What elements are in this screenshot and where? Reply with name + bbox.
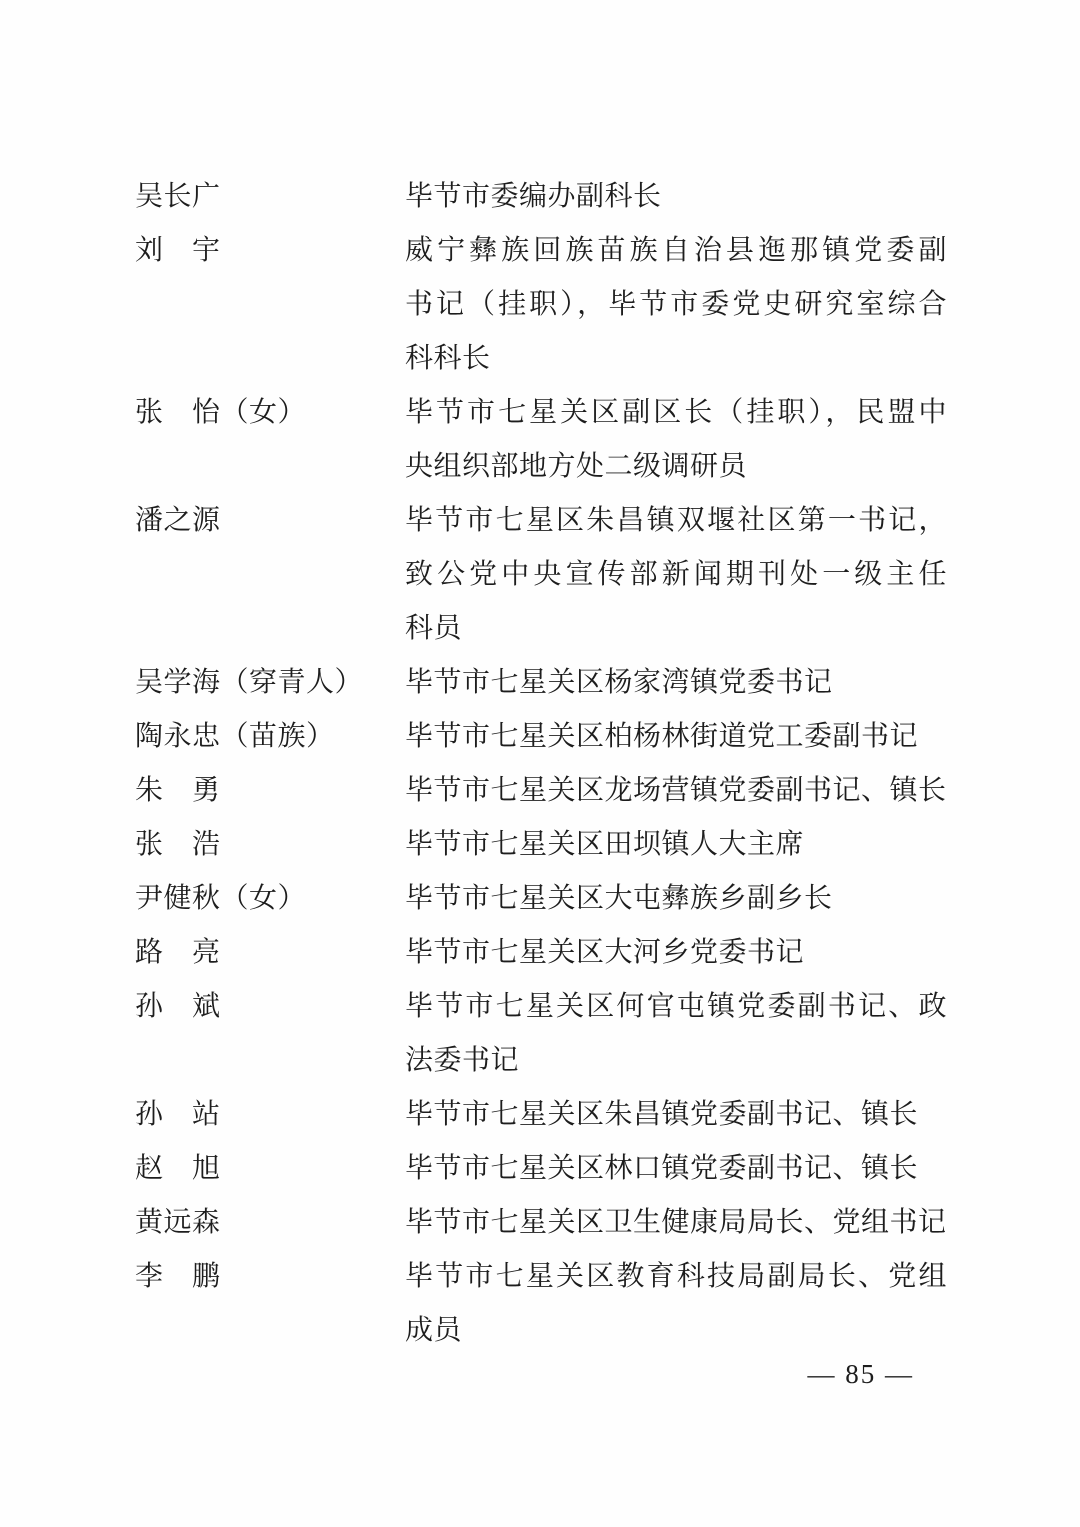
- position-line: 毕节市七星关区杨家湾镇党委书记: [405, 656, 947, 710]
- position-description: 毕节市七星关区龙场营镇党委副书记、镇长: [405, 764, 947, 818]
- person-name: 张 怡（女）: [135, 386, 405, 494]
- position-line: 书记（挂职），毕节市委党史研究室综合: [405, 278, 947, 332]
- list-entry: 潘之源 毕节市七星区朱昌镇双堰社区第一书记，致公党中央宣传部新闻期刊处一级主任科…: [135, 494, 947, 656]
- list-entry: 李 鹏 毕节市七星关区教育科技局副局长、党组成员: [135, 1250, 947, 1358]
- list-entry: 刘 宇 威宁彝族回族苗族自治县迤那镇党委副书记（挂职），毕节市委党史研究室综合科…: [135, 224, 947, 386]
- list-entry: 孙 站 毕节市七星关区朱昌镇党委副书记、镇长: [135, 1088, 947, 1142]
- position-description: 毕节市七星区朱昌镇双堰社区第一书记，致公党中央宣传部新闻期刊处一级主任科员: [405, 494, 947, 656]
- position-description: 毕节市委编办副科长: [405, 170, 947, 224]
- person-name: 路 亮: [135, 926, 405, 980]
- list-entry: 黄远森 毕节市七星关区卫生健康局局长、党组书记: [135, 1196, 947, 1250]
- position-description: 毕节市七星关区柏杨林街道党工委副书记: [405, 710, 947, 764]
- person-name: 陶永忠（苗族）: [135, 710, 405, 764]
- position-description: 毕节市七星关区大屯彝族乡副乡长: [405, 872, 947, 926]
- position-description: 毕节市七星关区大河乡党委书记: [405, 926, 947, 980]
- position-line: 毕节市七星关区教育科技局副局长、党组: [405, 1250, 947, 1304]
- position-line: 毕节市七星关区林口镇党委副书记、镇长: [405, 1142, 947, 1196]
- list-entry: 陶永忠（苗族） 毕节市七星关区柏杨林街道党工委副书记: [135, 710, 947, 764]
- position-description: 毕节市七星关区田坝镇人大主席: [405, 818, 947, 872]
- position-line: 致公党中央宣传部新闻期刊处一级主任: [405, 548, 947, 602]
- position-line: 毕节市七星区朱昌镇双堰社区第一书记，: [405, 494, 947, 548]
- person-name: 孙 站: [135, 1088, 405, 1142]
- position-description: 毕节市七星关区林口镇党委副书记、镇长: [405, 1142, 947, 1196]
- position-line: 科科长: [405, 332, 947, 386]
- list-entry: 朱 勇 毕节市七星关区龙场营镇党委副书记、镇长: [135, 764, 947, 818]
- position-line: 成员: [405, 1304, 947, 1358]
- position-line: 毕节市七星关区龙场营镇党委副书记、镇长: [405, 764, 947, 818]
- list-entry: 吴长广 毕节市委编办副科长: [135, 170, 947, 224]
- list-entry: 路 亮 毕节市七星关区大河乡党委书记: [135, 926, 947, 980]
- position-description: 毕节市七星关区卫生健康局局长、党组书记: [405, 1196, 947, 1250]
- list-entry: 张 怡（女） 毕节市七星关区副区长（挂职），民盟中央组织部地方处二级调研员: [135, 386, 947, 494]
- person-name: 孙 斌: [135, 980, 405, 1088]
- person-name: 吴学海（穿青人）: [135, 656, 405, 710]
- position-line: 毕节市七星关区副区长（挂职），民盟中: [405, 386, 947, 440]
- position-line: 毕节市七星关区大河乡党委书记: [405, 926, 947, 980]
- position-line: 毕节市委编办副科长: [405, 170, 947, 224]
- list-entry: 孙 斌 毕节市七星关区何官屯镇党委副书记、政法委书记: [135, 980, 947, 1088]
- position-description: 毕节市七星关区杨家湾镇党委书记: [405, 656, 947, 710]
- document-page: 吴长广 毕节市委编办副科长 刘 宇 威宁彝族回族苗族自治县迤那镇党委副书记（挂职…: [0, 0, 1080, 1527]
- person-name: 李 鹏: [135, 1250, 405, 1358]
- page-number: — 85 —: [808, 1356, 915, 1392]
- position-line: 威宁彝族回族苗族自治县迤那镇党委副: [405, 224, 947, 278]
- position-line: 毕节市七星关区卫生健康局局长、党组书记: [405, 1196, 947, 1250]
- list-entry: 尹健秋（女） 毕节市七星关区大屯彝族乡副乡长: [135, 872, 947, 926]
- position-line: 毕节市七星关区何官屯镇党委副书记、政: [405, 980, 947, 1034]
- position-line: 毕节市七星关区柏杨林街道党工委副书记: [405, 710, 947, 764]
- position-description: 毕节市七星关区教育科技局副局长、党组成员: [405, 1250, 947, 1358]
- person-name: 潘之源: [135, 494, 405, 656]
- person-name: 黄远森: [135, 1196, 405, 1250]
- person-name: 朱 勇: [135, 764, 405, 818]
- position-line: 科员: [405, 602, 947, 656]
- position-description: 威宁彝族回族苗族自治县迤那镇党委副书记（挂职），毕节市委党史研究室综合科科长: [405, 224, 947, 386]
- position-line: 央组织部地方处二级调研员: [405, 440, 947, 494]
- list-entry: 吴学海（穿青人） 毕节市七星关区杨家湾镇党委书记: [135, 656, 947, 710]
- person-name: 刘 宇: [135, 224, 405, 386]
- appointment-list: 吴长广 毕节市委编办副科长 刘 宇 威宁彝族回族苗族自治县迤那镇党委副书记（挂职…: [135, 170, 947, 1358]
- position-description: 毕节市七星关区副区长（挂职），民盟中央组织部地方处二级调研员: [405, 386, 947, 494]
- list-entry: 赵 旭 毕节市七星关区林口镇党委副书记、镇长: [135, 1142, 947, 1196]
- position-line: 毕节市七星关区田坝镇人大主席: [405, 818, 947, 872]
- person-name: 尹健秋（女）: [135, 872, 405, 926]
- person-name: 赵 旭: [135, 1142, 405, 1196]
- position-line: 毕节市七星关区大屯彝族乡副乡长: [405, 872, 947, 926]
- list-entry: 张 浩 毕节市七星关区田坝镇人大主席: [135, 818, 947, 872]
- position-line: 法委书记: [405, 1034, 947, 1088]
- position-line: 毕节市七星关区朱昌镇党委副书记、镇长: [405, 1088, 947, 1142]
- position-description: 毕节市七星关区何官屯镇党委副书记、政法委书记: [405, 980, 947, 1088]
- person-name: 吴长广: [135, 170, 405, 224]
- position-description: 毕节市七星关区朱昌镇党委副书记、镇长: [405, 1088, 947, 1142]
- person-name: 张 浩: [135, 818, 405, 872]
